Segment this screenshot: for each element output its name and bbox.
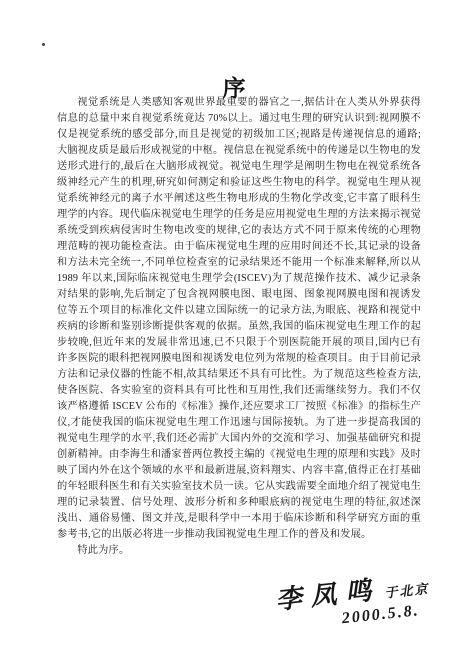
signature-place: 于北京	[383, 578, 430, 602]
document-page: 序 视觉系统是人类感知客观世界最重要的器官之一,据估计在人类从外界获得 信息的总…	[0, 0, 470, 670]
preface-line: 仪,才能使我国的临床视觉电生理工作迅速与国际接轨。为了进一步提高我国的	[57, 415, 421, 431]
preface-closing: 特此为序。	[57, 543, 421, 559]
preface-line: 该严格遵循 ISCEV 公布的《标准》操作,还应要求工厂按照《标准》的指标生产记…	[57, 399, 421, 415]
preface-line: 创新精神。由李海生和潘家普两位教授主编的《视觉电生理的原理和实践》及时反	[57, 447, 421, 463]
preface-paragraph: 视觉系统是人类感知客观世界最重要的器官之一,据估计在人类从外界获得 信息的总量中…	[57, 95, 421, 559]
preface-line: 视觉系统是人类感知客观世界最重要的器官之一,据估计在人类从外界获得	[57, 95, 421, 111]
preface-line: 浅出、通俗易懂、图文并茂,是眼科学中一本用于临床诊断和科学研究方面的重要	[57, 511, 421, 527]
preface-line: 对结果的影响,先后制定了包含视网膜电图、眼电图、图象视网膜电图和视诱发电	[57, 287, 421, 303]
preface-line: 理学的内容。现代临床视觉电生理学的任务是应用视觉电生理的方法来揭示视觉	[57, 207, 421, 223]
preface-line: 使各医院、各实验室的资料具有可比性和互用性,我们还需继续努力。我们不仅应	[57, 383, 421, 399]
preface-line: 级神经元产生的机理,研究如何测定和验证这些生物电的科学。视觉电生理从视	[57, 175, 421, 191]
preface-line: 理的记录装置、信号处理、波形分析和多种眼底病的视觉电生理的特征,叙述深入	[57, 495, 421, 511]
preface-line: 大脑视皮质是最后形成视觉的中枢。视信息在视觉系统中的传递是以生物电的发	[57, 143, 421, 159]
preface-line: 系统受到疾病侵害时生物电改变的规律,它的表达方式不同于原来传统的心理物	[57, 223, 421, 239]
preface-line: 的年轻眼科医生和有关实验室技术员一读。它从实践需要全面地介绍了视觉电生	[57, 479, 421, 495]
preface-line: 位等五个项目的标准化文件以建立国际统一的记录方法,为眼底、视路和视觉中枢	[57, 303, 421, 319]
scan-speck	[42, 43, 45, 46]
preface-line: 信息的总量中来自视觉系统竟达 70%以上。通过电生理的研究认识到:视网膜不	[57, 111, 421, 127]
preface-line: 疾病的诊断和鉴别诊断提供客观的依据。虽然,我国的临床视觉电生理工作的起	[57, 319, 421, 335]
preface-line: 理范畴的视功能检查法。由于临床视觉电生理的应用时间还不长,其记录的设备	[57, 239, 421, 255]
preface-line: 1989 年以来,国际临床视觉电生理学会(ISCEV)为了规范操作技术、减少记录…	[57, 271, 421, 287]
preface-line: 觉系统神经元的离子水平阐述这些生物电形成的生物化学改变,它丰富了眼科生	[57, 191, 421, 207]
preface-line: 仅是视觉系统的感受部分,而且是视觉的初级加工区;视路是传递视信息的通路;	[57, 127, 421, 143]
preface-line: 视觉电生理学的水平,我们还必需扩大国内外的交流和学习、加强基础研究和提倡	[57, 431, 421, 447]
preface-line: 参考书,它的出版必将进一步推动我国视觉电生理工作的普及和发展。	[57, 527, 421, 543]
preface-line: 映了国内外在这个领域的水平和最新进展,资料翔实、内容丰富,值得正在打基础	[57, 463, 421, 479]
preface-line: 方法和记录仪器的性能不相,故其结果还不具有可比性。为了规范这些检查方法,	[57, 367, 421, 383]
signature: 李凤鸣 于北京 2000.5.8.	[274, 564, 433, 635]
preface-line: 送形式进行的,最后在大脑形成视觉。视觉电生理学是阐明生物电在视觉系统各	[57, 159, 421, 175]
preface-line: 许多医院的眼科把视网膜电图和视诱发电位列为常规的检查项目。由于目前记录	[57, 351, 421, 367]
preface-line: 步较晚,但近年来的发展非常迅速,已不只限于个别医院能开展的项目,国内已有	[57, 335, 421, 351]
preface-line: 和方法未完全统一,不同单位检查室的记录结果还不能用一个标准来解释,所以从	[57, 255, 421, 271]
